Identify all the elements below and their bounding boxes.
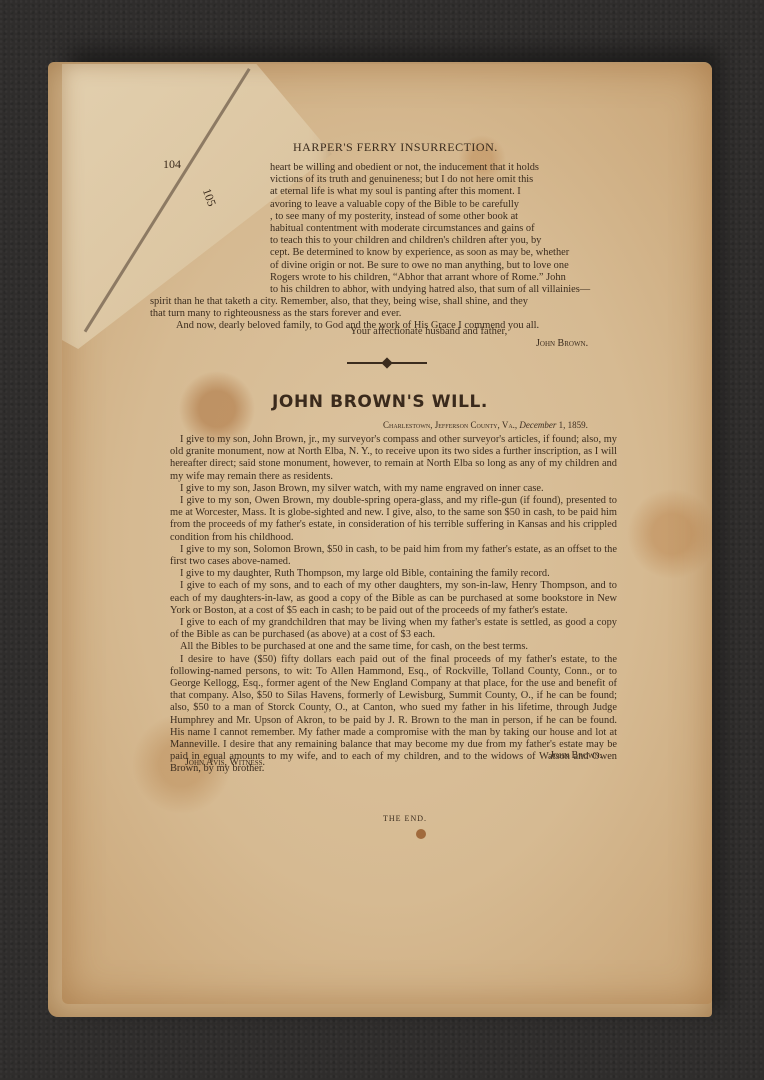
- will-paragraph: I give to my son, Owen Brown, my double-…: [170, 495, 617, 544]
- will-body: I give to my son, John Brown, jr., my su…: [170, 434, 617, 776]
- will-paragraph: I give to my son, Solomon Brown, $50 in …: [170, 544, 617, 568]
- will-paragraph: I give to each of my sons, and to each o…: [170, 580, 617, 617]
- ink-spot: [416, 829, 426, 839]
- letter-line: , to see many of my posterity, instead o…: [270, 211, 600, 223]
- letter-line: habitual contentment with moderate circu…: [270, 223, 600, 235]
- letter-signature: John Brown.: [536, 338, 588, 349]
- letter-line: heart be willing and obedient or not, th…: [270, 162, 600, 174]
- dateline-place: Charlestown, Jefferson County, Va.,: [383, 420, 517, 430]
- running-header: HARPER'S FERRY INSURRECTION.: [293, 140, 498, 155]
- dateline-month: December: [519, 420, 556, 430]
- letter-line: victions of its truth and genuineness; b…: [270, 174, 600, 186]
- letter-closing: Your affectionate husband and father,: [350, 326, 507, 337]
- letter-line: cept. Be determined to know by experienc…: [270, 247, 600, 259]
- will-title: JOHN BROWN'S WILL.: [272, 392, 488, 412]
- letter-line: to teach this to your children and child…: [270, 235, 600, 247]
- will-signature: John Brown.: [550, 750, 602, 761]
- will-dateline: Charlestown, Jefferson County, Va., Dece…: [383, 420, 588, 430]
- will-paragraph: I give to my son, Jason Brown, my silver…: [170, 483, 617, 495]
- will-paragraph: All the Bibles to be purchased at one an…: [170, 641, 617, 653]
- letter-line: of divine origin or not. Be sure to owe …: [270, 260, 600, 272]
- will-paragraph: I give to each of my grandchildren that …: [170, 617, 617, 641]
- letter-line: to his children to abhor, with undying h…: [270, 284, 600, 296]
- letter-line: spirit than he that taketh a city. Remem…: [150, 296, 600, 308]
- will-paragraph: I give to my daughter, Ruth Thompson, my…: [170, 568, 617, 580]
- letter-line: at eternal life is what my soul is panti…: [270, 186, 600, 198]
- will-paragraph: I give to my son, John Brown, jr., my su…: [170, 434, 617, 483]
- section-ornament: [347, 362, 427, 364]
- letter-fragment: heart be willing and obedient or not, th…: [270, 162, 600, 296]
- witness-signature: John Avis, Witness.: [185, 757, 265, 768]
- dateline-day-year: 1, 1859.: [556, 420, 588, 430]
- end-mark: THE END.: [383, 814, 427, 823]
- letter-line: avoring to leave a valuable copy of the …: [270, 199, 600, 211]
- letter-line: Rogers wrote to his children, “Abhor tha…: [270, 272, 600, 284]
- letter-line: that turn many to righteousness as the s…: [150, 308, 600, 320]
- page-number-104: 104: [163, 157, 181, 172]
